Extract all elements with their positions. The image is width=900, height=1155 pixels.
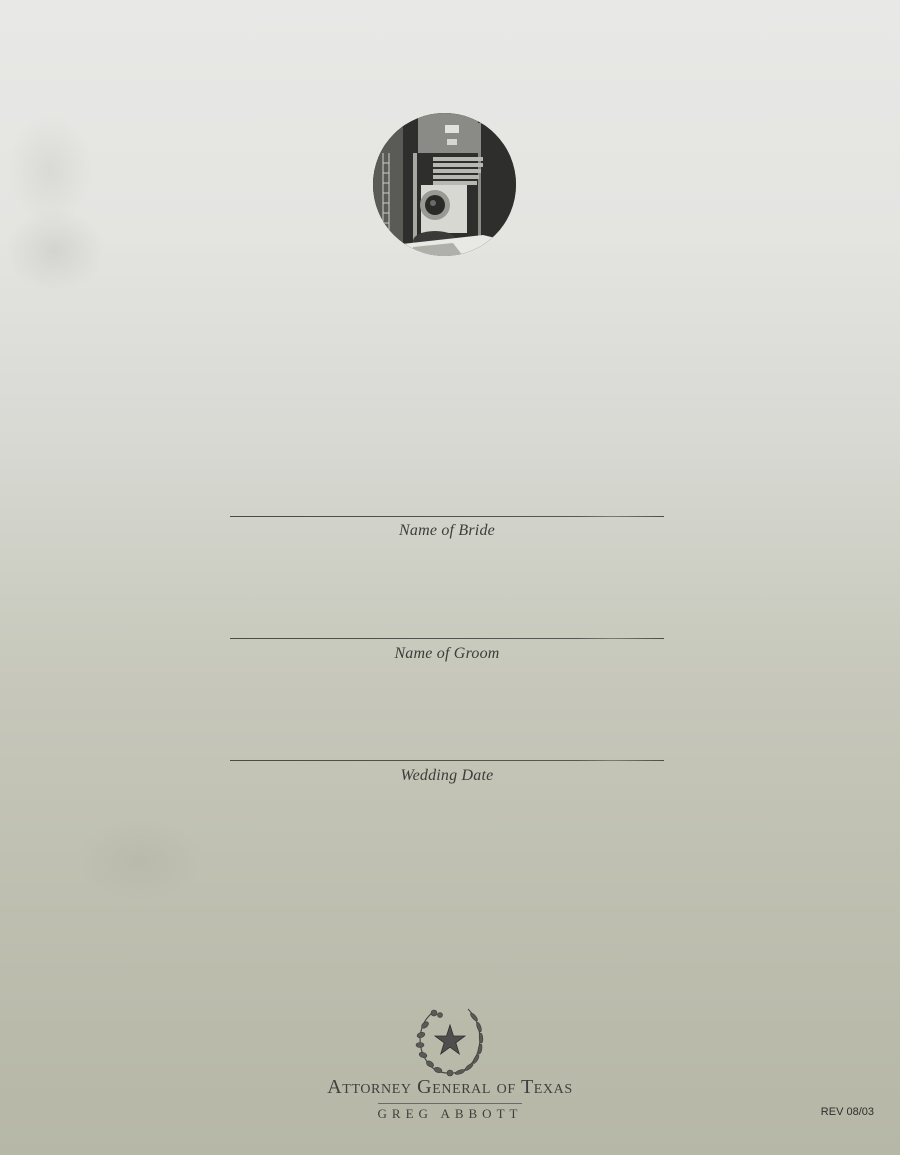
attorney-general-name: GREG ABBOTT <box>300 1106 600 1122</box>
organization-name: Attorney General of Texas <box>250 1076 650 1099</box>
texas-seal-icon <box>410 1005 490 1077</box>
bride-name-line <box>230 516 664 517</box>
groom-name-line <box>230 638 664 639</box>
wedding-date-label: Wedding Date <box>230 767 664 785</box>
camera-photo-icon <box>373 113 516 256</box>
footer-divider <box>378 1103 522 1104</box>
groom-name-label: Name of Groom <box>230 645 664 663</box>
bride-name-label: Name of Bride <box>230 522 664 540</box>
revision-code: REV 08/03 <box>821 1106 874 1118</box>
wedding-date-line <box>230 760 664 761</box>
